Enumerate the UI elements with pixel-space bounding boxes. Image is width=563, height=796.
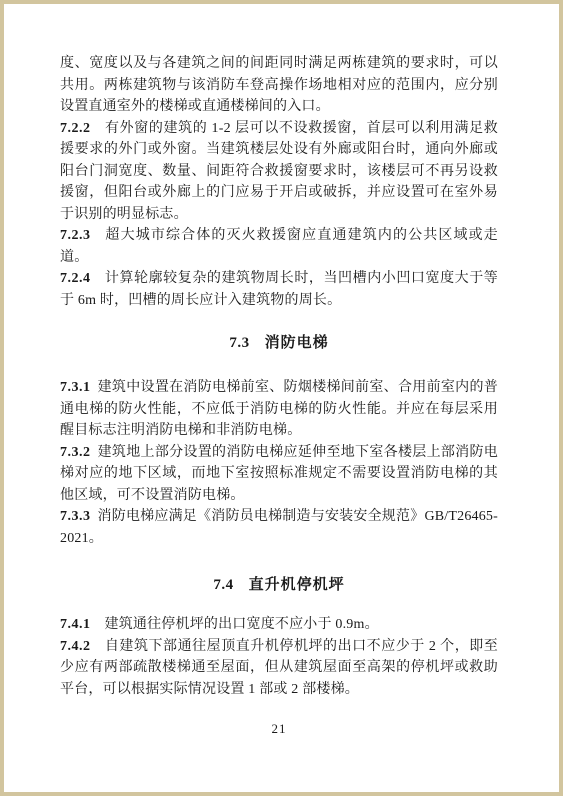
- clause-text: 自建筑下部通往屋顶直升机停机坪的出口不应少于 2 个，即至少应有两部疏散楼梯通至…: [60, 639, 498, 697]
- clause-7-2-4: 7.2.4计算轮廓较复杂的建筑物周长时，当凹槽内小凹口宽度大于等于 6m 时，凹…: [60, 268, 498, 311]
- clause-number: 7.3.3: [60, 509, 91, 524]
- scanned-document-page: 度、宽度以及与各建筑之间的间距同时满足两栋建筑的要求时，可以共用。两栋建筑物与该…: [0, 0, 563, 796]
- clause-text: 建筑地上部分设置的消防电梯应延伸至地下室各楼层上部消防电梯对应的地下区域，而地下…: [60, 445, 498, 503]
- clause-number: 7.2.3: [60, 228, 91, 243]
- clause-7-3-2: 7.3.2建筑地上部分设置的消防电梯应延伸至地下室各楼层上部消防电梯对应的地下区…: [60, 442, 498, 507]
- section-title: 直升机停机坪: [249, 576, 345, 593]
- section-heading-7-4: 7.4直升机停机坪: [60, 574, 498, 596]
- paragraph-continuation: 度、宽度以及与各建筑之间的间距同时满足两栋建筑的要求时，可以共用。两栋建筑物与该…: [60, 53, 498, 118]
- clause-7-3-1: 7.3.1建筑中设置在消防电梯前室、防烟楼梯间前室、合用前室内的普通电梯的防火性…: [60, 377, 498, 442]
- clause-text: 消防电梯应满足《消防员电梯制造与安装安全规范》GB/T26465-2021。: [60, 509, 498, 546]
- clause-text: 有外窗的建筑的 1-2 层可以不设救援窗，首层可以利用满足救援要求的外门或外窗。…: [60, 121, 498, 222]
- clause-number: 7.2.4: [60, 271, 91, 286]
- clause-text: 超大城市综合体的灭火救援窗应直通建筑内的公共区域或走道。: [60, 228, 498, 265]
- clause-text: 建筑中设置在消防电梯前室、防烟楼梯间前室、合用前室内的普通电梯的防火性能，不应低…: [60, 380, 498, 438]
- section-number: 7.4: [213, 577, 233, 593]
- clause-7-2-2: 7.2.2有外窗的建筑的 1-2 层可以不设救援窗，首层可以利用满足救援要求的外…: [60, 118, 498, 226]
- clause-text: 建筑通往停机坪的出口宽度不应小于 0.9m。: [105, 617, 379, 632]
- section-number: 7.3: [229, 335, 249, 351]
- clause-number: 7.2.2: [60, 121, 91, 136]
- page-number: 21: [60, 721, 498, 737]
- section-heading-7-3: 7.3消防电梯: [60, 332, 498, 354]
- clause-7-2-3: 7.2.3超大城市综合体的灭火救援窗应直通建筑内的公共区域或走道。: [60, 225, 498, 268]
- clause-number: 7.3.2: [60, 445, 91, 460]
- clause-number: 7.4.1: [60, 617, 91, 632]
- clause-7-4-1: 7.4.1建筑通往停机坪的出口宽度不应小于 0.9m。: [60, 614, 498, 636]
- clause-number: 7.4.2: [60, 639, 91, 654]
- clause-7-4-2: 7.4.2自建筑下部通往屋顶直升机停机坪的出口不应少于 2 个，即至少应有两部疏…: [60, 636, 498, 701]
- page-content: 度、宽度以及与各建筑之间的间距同时满足两栋建筑的要求时，可以共用。两栋建筑物与该…: [4, 4, 559, 737]
- section-title: 消防电梯: [265, 334, 329, 351]
- clause-text: 计算轮廓较复杂的建筑物周长时，当凹槽内小凹口宽度大于等于 6m 时，凹槽的周长应…: [60, 271, 498, 308]
- clause-number: 7.3.1: [60, 380, 91, 395]
- clause-7-3-3: 7.3.3消防电梯应满足《消防员电梯制造与安装安全规范》GB/T26465-20…: [60, 506, 498, 549]
- paragraph-text: 度、宽度以及与各建筑之间的间距同时满足两栋建筑的要求时，可以共用。两栋建筑物与该…: [60, 56, 498, 114]
